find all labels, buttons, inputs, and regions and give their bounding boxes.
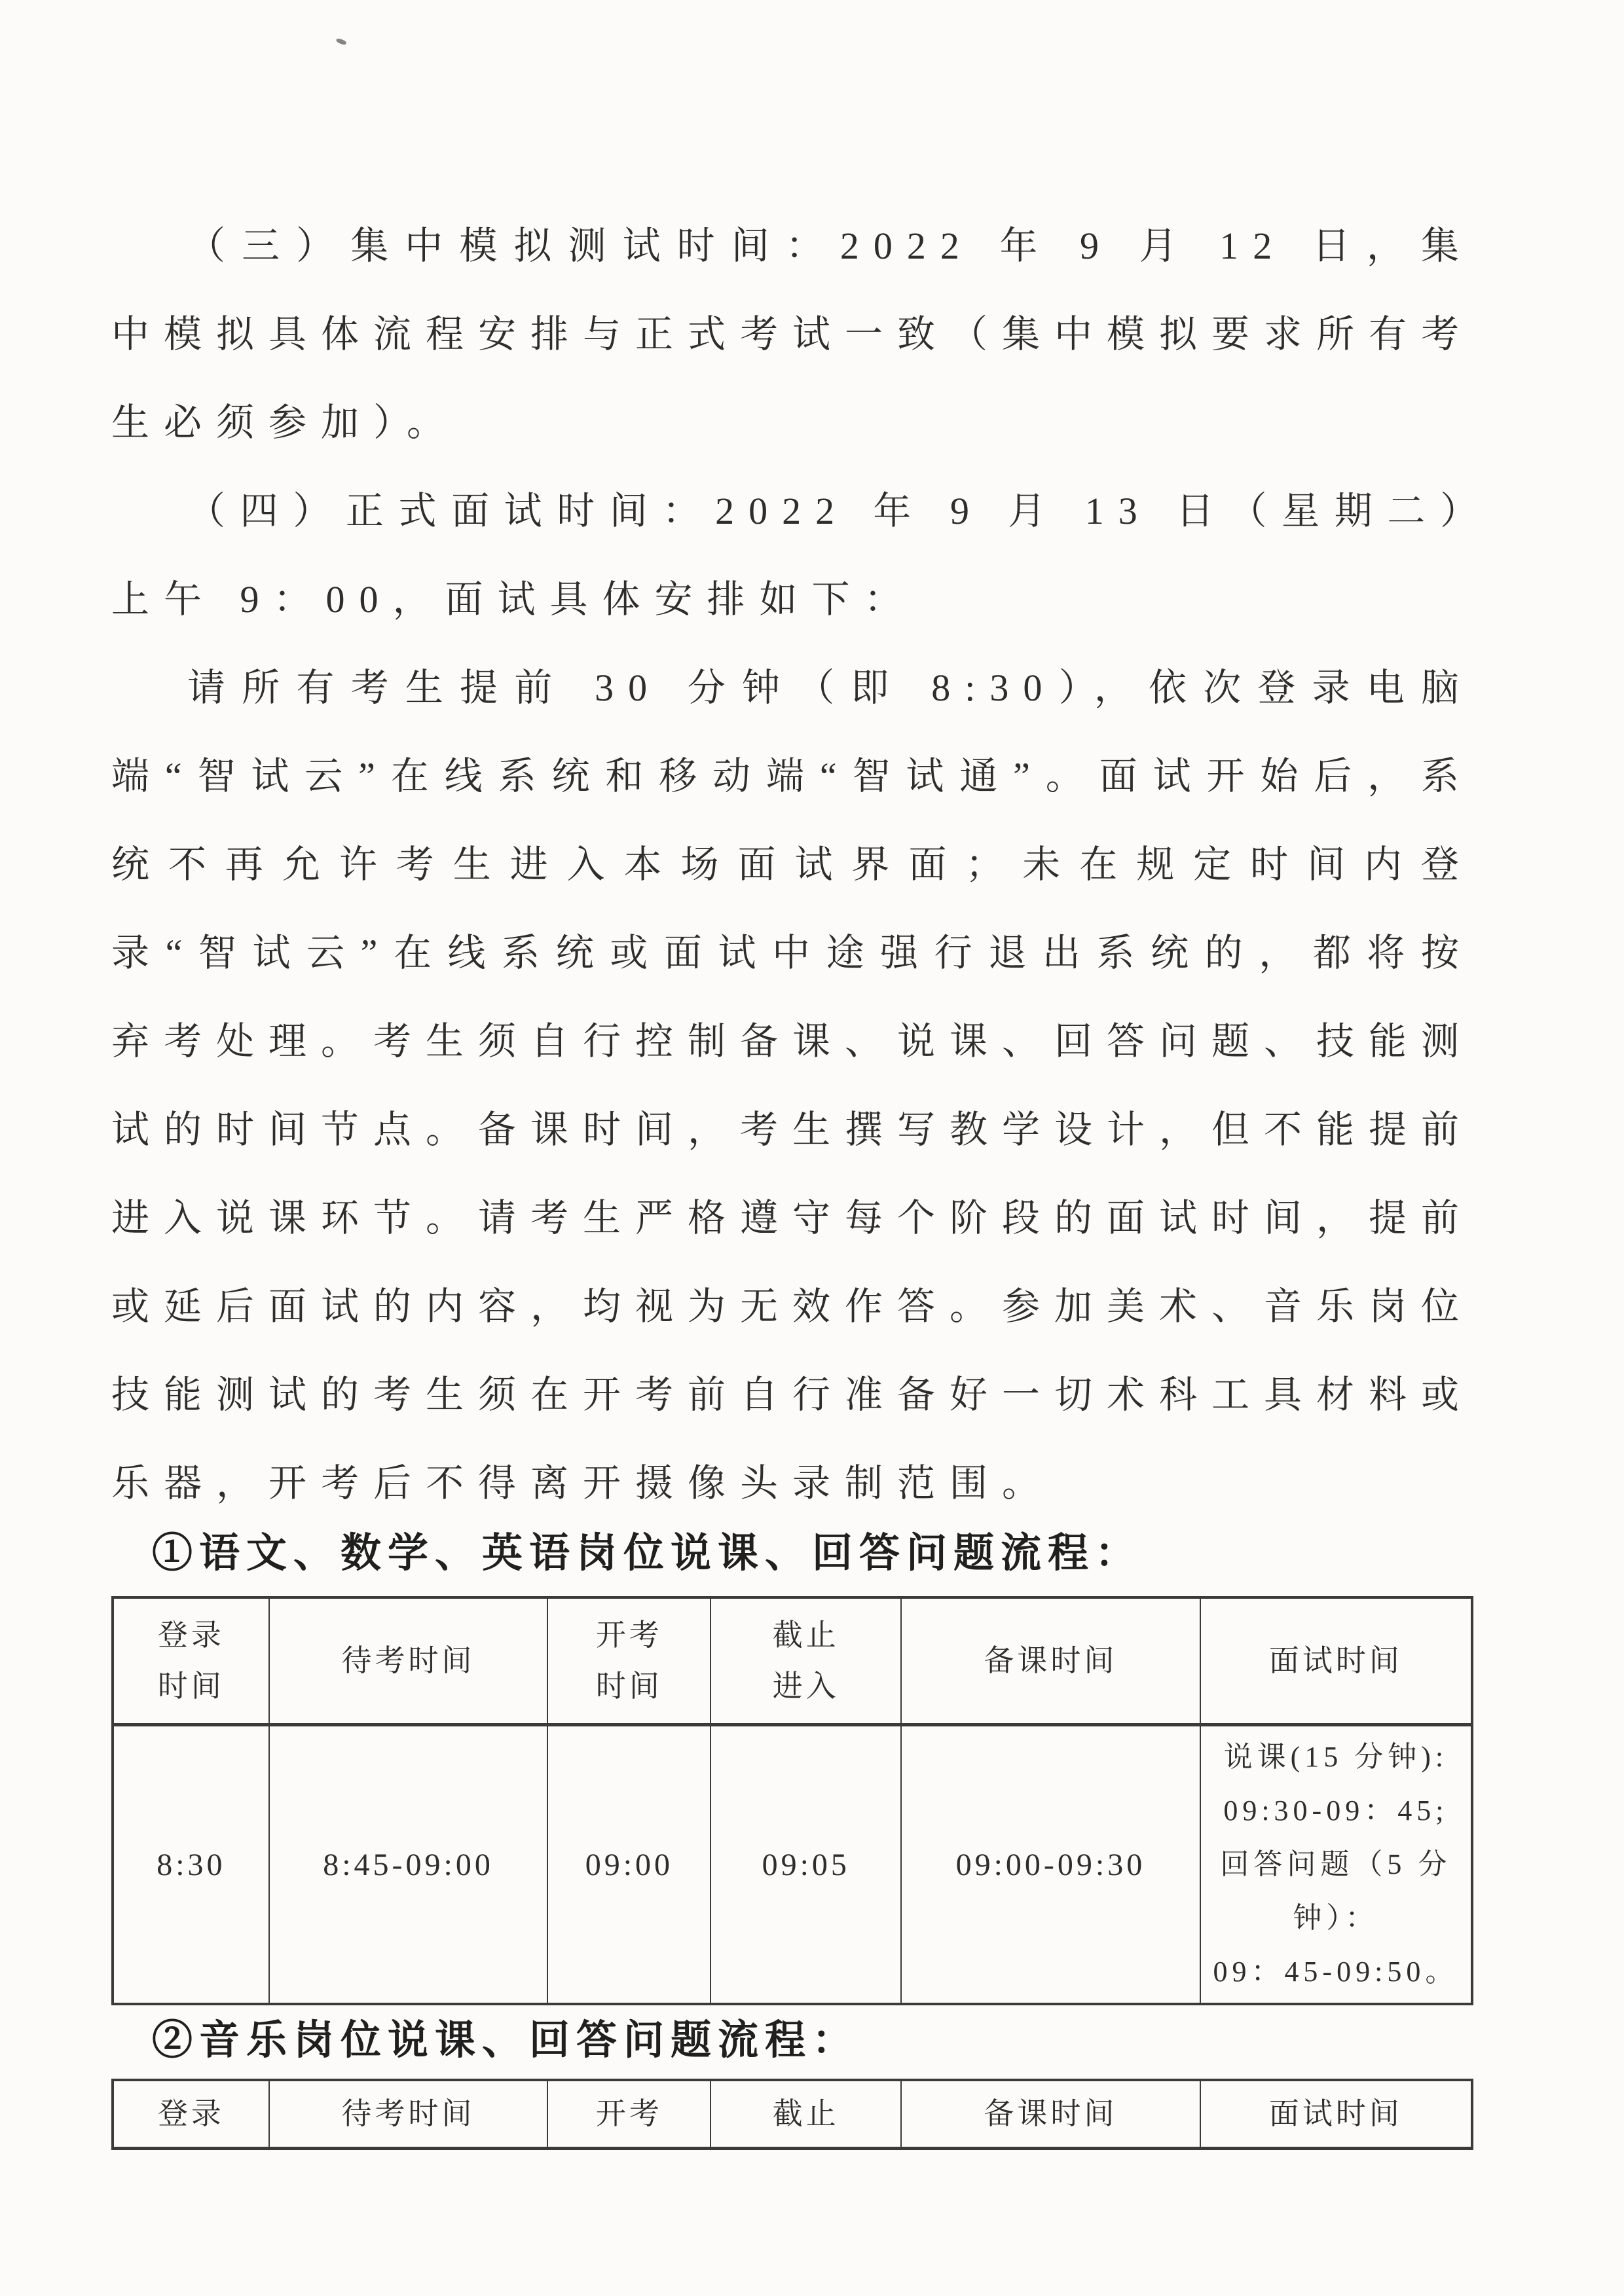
table1-data-row: 8:30 8:45-09:00 09:00 09:05 09:00-09:30 … xyxy=(113,1725,1472,2005)
table2-header-row: 登录 待考时间 开考 截止 备课时间 面试时间 xyxy=(113,2080,1472,2149)
cell-start-time: 09:00 xyxy=(547,1725,710,2005)
paragraph-formal-interview-time: （四）正式面试时间：2022 年 9 月 13 日（星期二）上午 9：00，面试… xyxy=(111,467,1473,644)
paragraph-interview-instructions: 请所有考生提前 30 分钟（即 8:30），依次登录电脑端“智试云”在线系统和移… xyxy=(111,644,1473,1527)
cell-entry-cutoff: 09:05 xyxy=(710,1725,901,2005)
table1-col-waiting-time: 待考时间 xyxy=(269,1597,548,1725)
cell-login-time: 8:30 xyxy=(113,1725,269,2005)
table1-col-entry-cutoff: 截止 进入 xyxy=(710,1597,901,1725)
cell-interview-time-detail: 说课(15 分钟): 09:30-09：45; 回答问题（5 分 钟）： 09：… xyxy=(1200,1725,1472,2005)
schedule-table-music: 登录 待考时间 开考 截止 备课时间 面试时间 xyxy=(111,2079,1473,2150)
section1-heading: ①语文、数学、英语岗位说课、回答问题流程： xyxy=(111,1527,1473,1580)
table2-col-cutoff: 截止 xyxy=(710,2080,901,2149)
cell-waiting-time: 8:45-09:00 xyxy=(269,1725,548,2005)
schedule-table-chinese-math-english: 登录 时间 待考时间 开考 时间 截止 进入 备课时间 面试时间 8:30 8:… xyxy=(111,1596,1473,2005)
table1-col-start-time: 开考 时间 xyxy=(547,1597,710,1725)
paragraph-mock-test-time: （三）集中模拟测试时间：2022 年 9 月 12 日，集中模拟具体流程安排与正… xyxy=(111,202,1473,467)
table2-col-login: 登录 xyxy=(113,2080,269,2149)
table1-col-interview-time: 面试时间 xyxy=(1200,1597,1472,1725)
table1-col-prep-time: 备课时间 xyxy=(901,1597,1200,1725)
table2-col-start: 开考 xyxy=(547,2080,710,2149)
table1-col-login-time: 登录 时间 xyxy=(113,1597,269,1725)
document-page: （三）集中模拟测试时间：2022 年 9 月 12 日，集中模拟具体流程安排与正… xyxy=(0,0,1624,2296)
cell-prep-time: 09:00-09:30 xyxy=(901,1725,1200,2005)
table2-col-prep-time: 备课时间 xyxy=(901,2080,1200,2149)
table2-col-waiting-time: 待考时间 xyxy=(269,2080,548,2149)
table2-col-interview-time: 面试时间 xyxy=(1200,2080,1472,2149)
table1-header-row: 登录 时间 待考时间 开考 时间 截止 进入 备课时间 面试时间 xyxy=(113,1597,1472,1725)
scan-speck-icon xyxy=(335,37,346,46)
section2-heading: ②音乐岗位说课、回答问题流程： xyxy=(111,2014,1473,2067)
